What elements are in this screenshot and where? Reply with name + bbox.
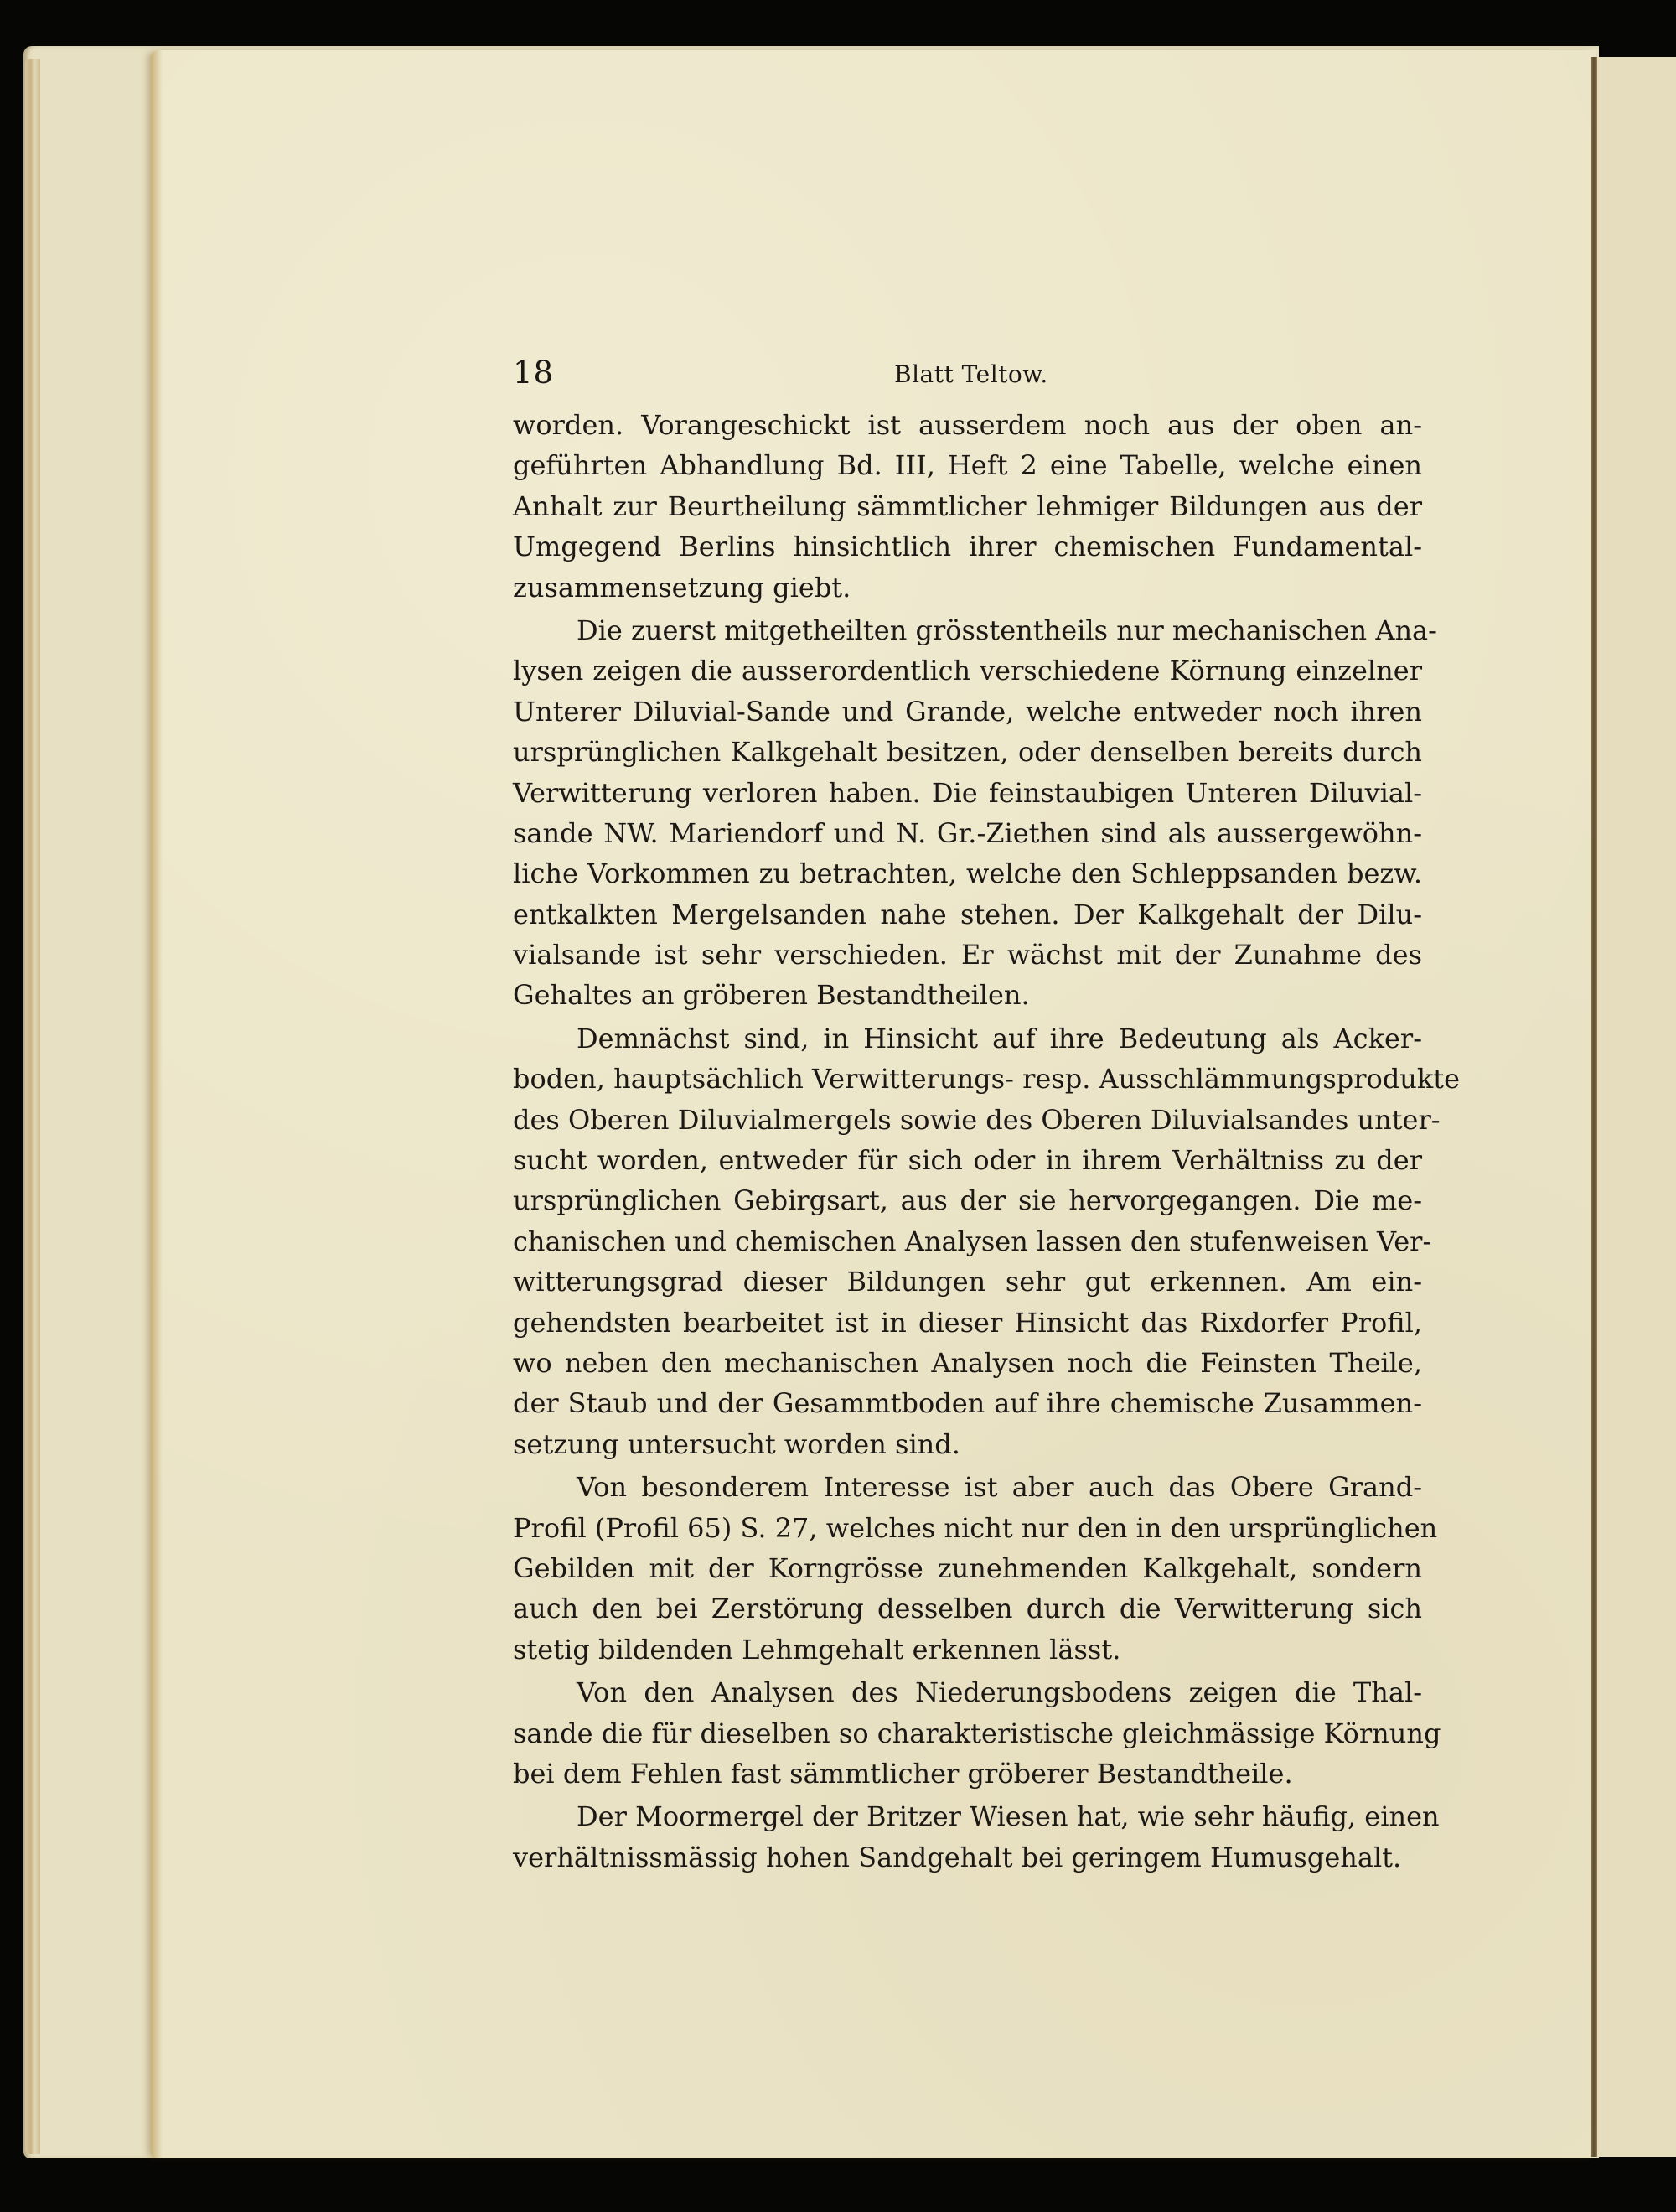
text-line: gehendsten bearbeitet ist in dieser Hins… [513, 1303, 1422, 1343]
text-line: wo neben den mechanischen Analysen noch … [513, 1343, 1422, 1383]
paragraph-4: Von besonderem Interesse ist aber auch d… [513, 1467, 1422, 1670]
text-line: Verwitterung verloren haben. Die feinsta… [513, 773, 1422, 813]
facing-page-edge [1597, 57, 1676, 2157]
text-line: Umgegend Berlins hinsichtlich ihrer chem… [513, 526, 1422, 567]
running-head: 18 Blatt Teltow. [513, 352, 1426, 394]
text-line: Anhalt zur Beurtheilung sämmtlicher lehm… [513, 486, 1422, 526]
page-edge-shadow [151, 50, 163, 2158]
text-line: Gehaltes an gröberen Bestandtheilen. [513, 975, 1422, 1015]
running-title: Blatt Teltow. [894, 354, 1048, 396]
text-line: Profil (Profil 65) S. 27, welches nicht … [513, 1508, 1422, 1548]
text-line: sande die für dieselben so charakteristi… [513, 1713, 1422, 1754]
paragraph-1: worden. Vorangeschickt ist ausserdem noc… [513, 405, 1422, 608]
text-line: bei dem Fehlen fast sämmtlicher gröberer… [513, 1754, 1422, 1794]
text-line: Demnächst sind, in Hinsicht auf ihre Bed… [513, 1018, 1422, 1059]
text-line: Die zuerst mitgetheilten grösstentheils … [513, 610, 1422, 650]
text-line: liche Vorkommen zu betrachten, welche de… [513, 853, 1422, 894]
page-number: 18 [513, 352, 554, 394]
text-line: Von besonderem Interesse ist aber auch d… [513, 1467, 1422, 1507]
text-line: witterungsgrad dieser Bildungen sehr gut… [513, 1261, 1422, 1302]
text-line: auch den bei Zerstörung desselben durch … [513, 1588, 1422, 1629]
text-line: des Oberen Diluvialmergels sowie des Obe… [513, 1100, 1422, 1140]
book-gutter [1591, 57, 1597, 2157]
text-line: geführten Abhandlung Bd. III, Heft 2 ein… [513, 445, 1422, 485]
text-line: Unterer Diluvial-Sande und Grande, welch… [513, 692, 1422, 732]
page-stack-edge [25, 59, 40, 2154]
paragraph-5: Von den Analysen des Niederungsbodens ze… [513, 1672, 1422, 1794]
paragraph-2: Die zuerst mitgetheilten grösstentheils … [513, 610, 1422, 1016]
text-line: worden. Vorangeschickt ist ausserdem noc… [513, 405, 1422, 445]
text-line: chanischen und chemischen Analysen lasse… [513, 1221, 1422, 1261]
text-line: der Staub und der Gesammtboden auf ihre … [513, 1383, 1422, 1423]
text-line: zusammensetzung giebt. [513, 567, 1422, 608]
text-line: entkalkten Mergelsanden nahe stehen. Der… [513, 894, 1422, 935]
text-line: Gebilden mit der Korngrösse zunehmenden … [513, 1548, 1422, 1588]
text-line: ursprünglichen Gebirgsart, aus der sie h… [513, 1180, 1422, 1220]
text-line: lysen zeigen die ausserordentlich versch… [513, 650, 1422, 691]
text-line: Der Moormergel der Britzer Wiesen hat, w… [513, 1796, 1422, 1836]
text-line: verhältnissmässig hohen Sandgehalt bei g… [513, 1837, 1422, 1878]
text-line: sucht worden, entweder für sich oder in … [513, 1140, 1422, 1180]
text-line: stetig bildenden Lehmgehalt erkennen läs… [513, 1629, 1422, 1670]
paragraph-6: Der Moormergel der Britzer Wiesen hat, w… [513, 1796, 1422, 1878]
text-line: setzung untersucht worden sind. [513, 1424, 1422, 1464]
paragraph-3: Demnächst sind, in Hinsicht auf ihre Bed… [513, 1018, 1422, 1464]
text-line: vialsande ist sehr verschieden. Er wächs… [513, 935, 1422, 975]
text-line: ursprünglichen Kalkgehalt besitzen, oder… [513, 732, 1422, 772]
body-text: worden. Vorangeschickt ist ausserdem noc… [513, 405, 1422, 1878]
text-line: Von den Analysen des Niederungsbodens ze… [513, 1672, 1422, 1712]
text-line: boden, hauptsächlich Verwitterungs- resp… [513, 1059, 1422, 1099]
text-line: sande NW. Mariendorf und N. Gr.-Ziethen … [513, 813, 1422, 853]
